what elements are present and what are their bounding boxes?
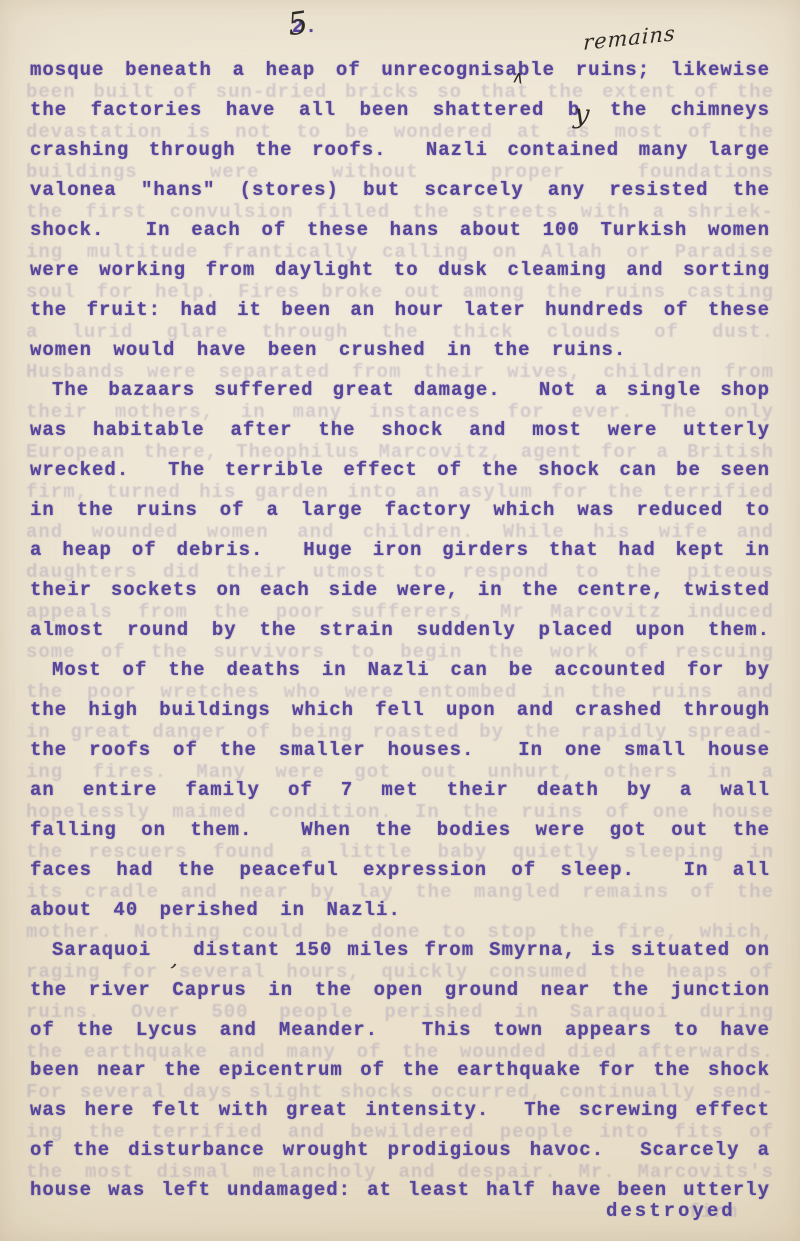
typed-line-segment: Saraquoi [52,939,151,961]
typed-line: the roofs of the smaller houses. In one … [30,730,770,770]
typed-line: shock. In each of these hans about 100 T… [30,210,770,250]
typewritten-page: been built of sun-dried bricks so that t… [0,0,800,1241]
page-number: 2. 5 [292,16,319,38]
typed-line: was here felt with great intensity. The … [30,1090,770,1130]
typed-line: a heap of debris. Huge iron girders that… [30,530,770,570]
typed-line: the river Caprus in the open ground near… [30,970,770,1010]
handwritten-page-number: 5 [286,5,311,43]
typed-line: an entire family of 7 met their death by… [30,770,770,810]
typed-line: of the Lycus and Meander. This town appe… [30,1010,770,1050]
typed-line: was habitable after the shock and most w… [30,410,770,450]
typed-line: the fruit: had it been an hour later hun… [30,290,770,330]
typed-line: were working from daylight to dusk cleam… [30,250,770,290]
typed-line: valonea "hans" (stores) but scarcely any… [30,170,770,210]
typed-line: The bazaars suffered great damage. Not a… [30,370,770,410]
typed-line: faces had the peaceful expression of sle… [30,850,770,890]
typed-line: the factories have all been shattered by… [30,90,770,130]
typed-line: of the disturbance wrought prodigious ha… [30,1130,770,1170]
typed-text-block: mosque beneath a heap of unrecognisable … [30,50,770,1210]
handwritten-correction: y [574,114,590,115]
typed-line-segment: the factories have all been shattered b [30,99,580,121]
typed-line: crashing through the roofs. Nazli contai… [30,130,770,170]
typed-line: women would have been crushed in the rui… [30,330,770,370]
typed-line: their sockets on each side were, in the … [30,570,770,610]
typed-line-segment: the chimneys [587,99,770,121]
typed-line: the high buildings which fell upon and c… [30,690,770,730]
typed-line: Saraquoi, distant 150 miles from Smyrna,… [30,930,770,970]
scanned-document-page: { "page": { "typed_number": "2.", "handw… [0,0,800,1241]
typed-line: Most of the deaths in Nazli can be accou… [30,650,770,690]
handwritten-correction: , [151,955,180,961]
typed-line: falling on them. When the bodies were go… [30,810,770,850]
typed-line: been near the epicentrum of the earthqua… [30,1050,770,1090]
typed-line-segment: distant 150 miles from Smyrna, is situat… [178,939,770,961]
typed-line: in the ruins of a large factory which wa… [30,490,770,530]
typed-line: wrecked. The terrible effect of the shoc… [30,450,770,490]
typed-line: almost round by the strain suddenly plac… [30,610,770,650]
catchword-destroyed: destroyed [606,1200,736,1222]
typed-line: about 40 perished in Nazli. [30,890,770,930]
typed-line: mosque beneath a heap of unrecognisable … [30,50,770,90]
